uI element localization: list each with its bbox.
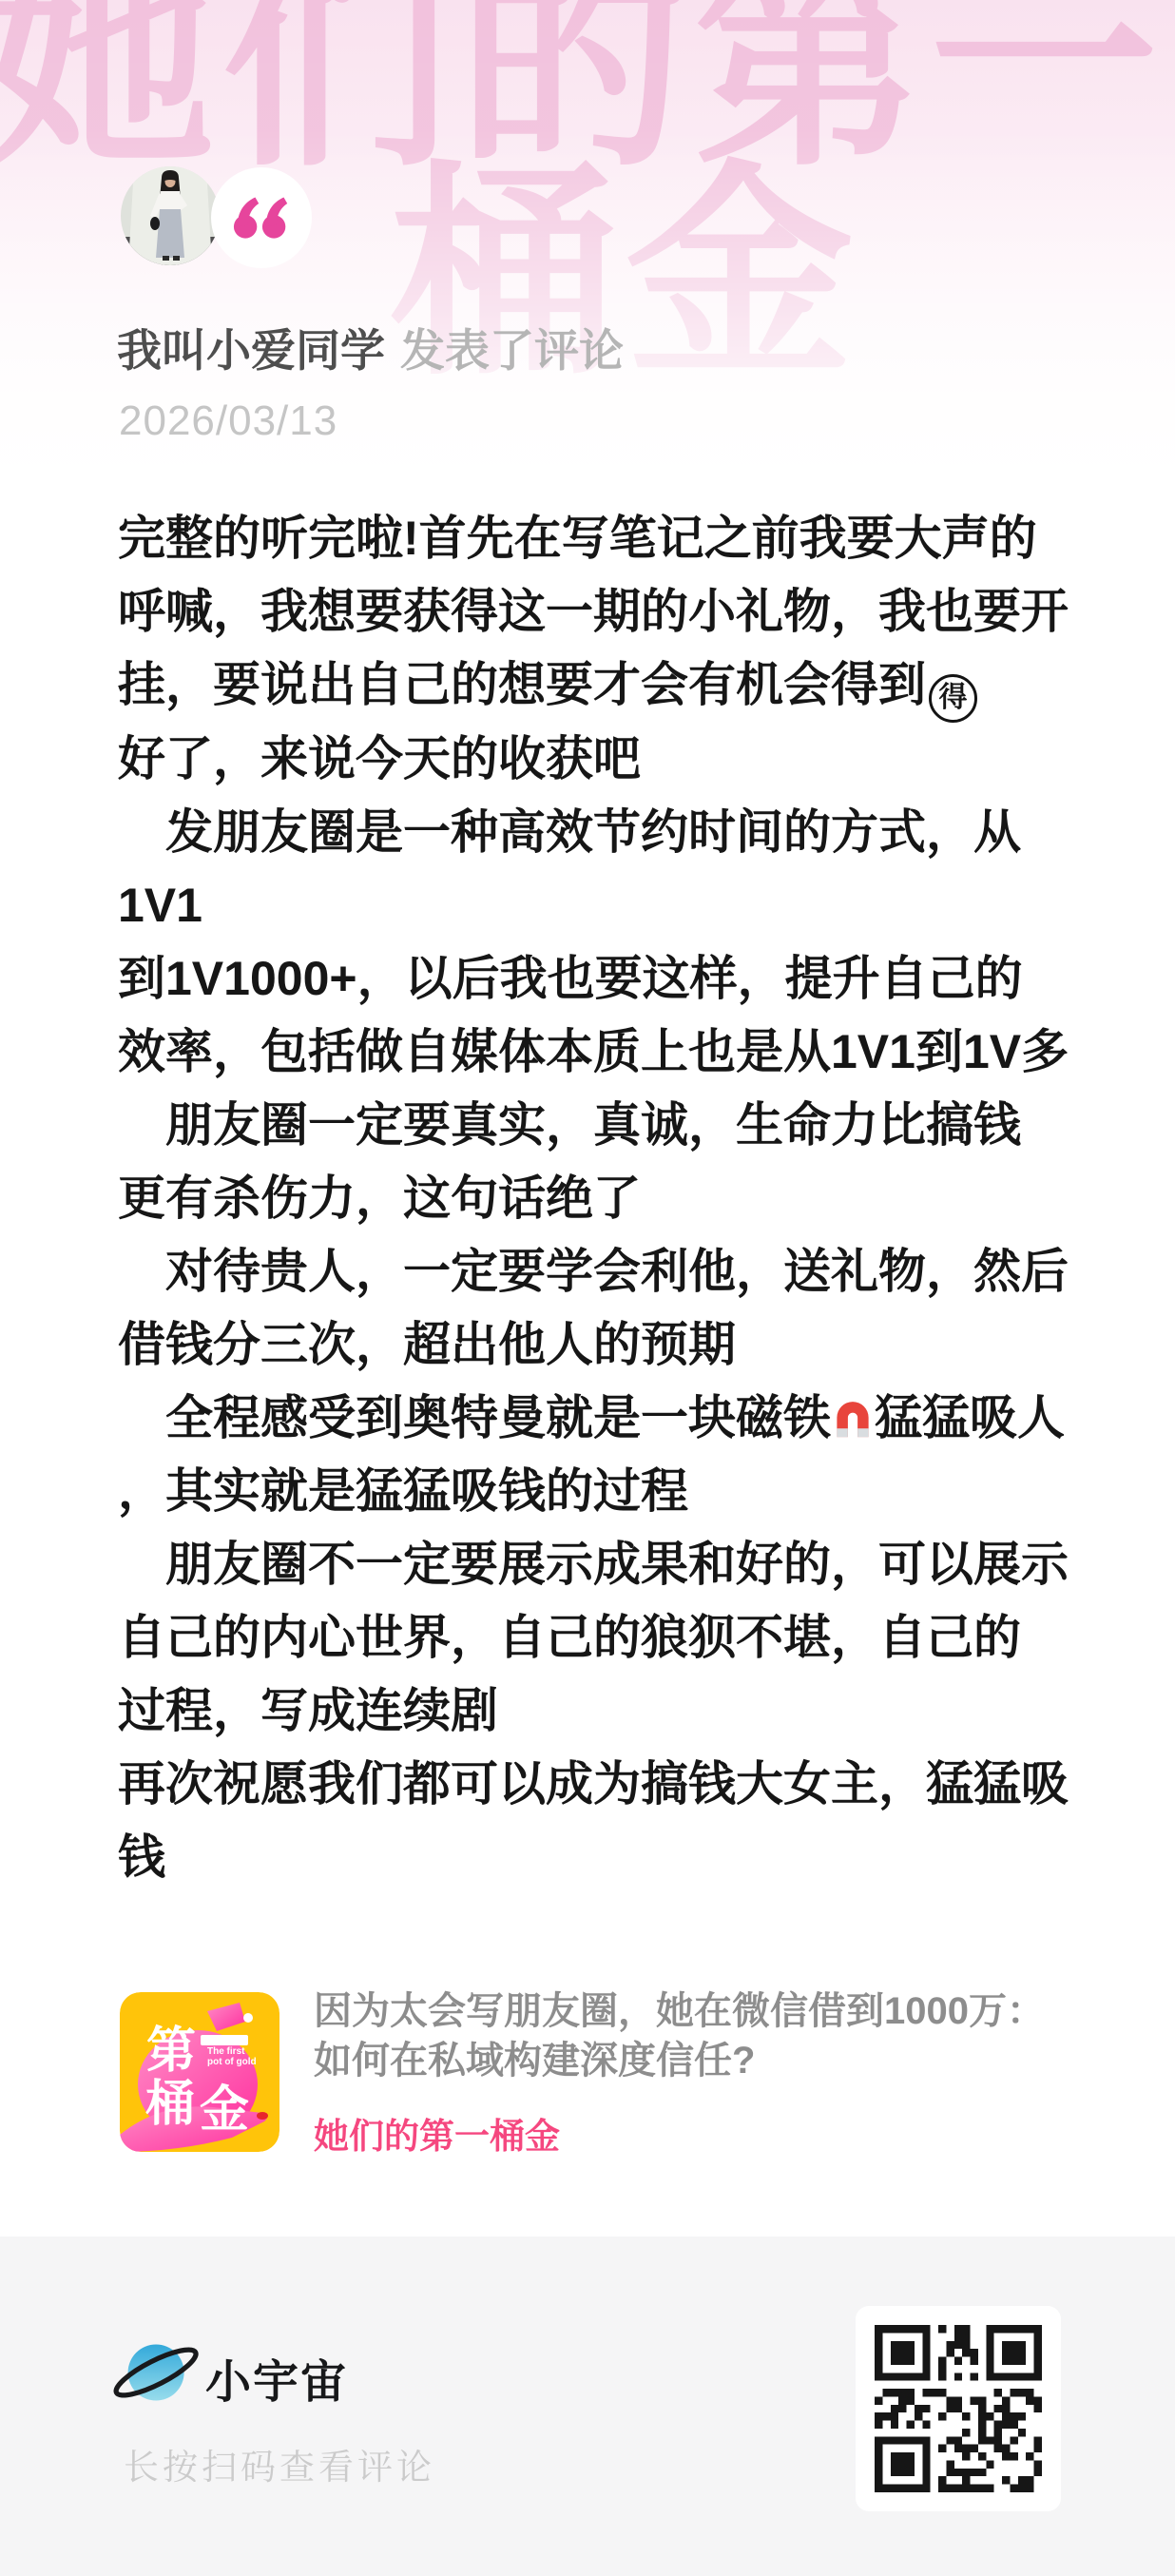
- cover-char-tl: 第: [146, 2024, 196, 2079]
- avatar: [121, 166, 220, 265]
- cover-char-br: 金: [200, 2082, 249, 2138]
- planet-logo-icon: [112, 2334, 203, 2411]
- quote-icon: [233, 196, 290, 240]
- app-name: 小宇宙: [205, 2345, 348, 2411]
- avatar-image: [121, 166, 220, 265]
- episode-card[interactable]: 第 桶 金 The first pot of gold 因为太会写朋友圈，她在微…: [120, 1992, 1063, 2152]
- user-row: 我叫小爱同学发表了评论: [117, 316, 624, 379]
- scan-hint: 长按扫码查看评论: [124, 2438, 435, 2489]
- episode-title: 因为太会写朋友圈，她在微信借到1000万： 如何在私域构建深度信任?: [314, 1986, 1045, 2085]
- cover-subtitle-1: The first: [207, 2046, 245, 2057]
- username: 我叫小爱同学: [117, 325, 385, 376]
- quote-bubble: [211, 167, 312, 268]
- qr-code: [856, 2306, 1061, 2511]
- episode-cover-art: 第 桶 金 The first pot of gold: [120, 1992, 279, 2152]
- circled-de-mark: 得: [929, 674, 977, 723]
- magnet-icon: [831, 1397, 875, 1441]
- share-card: 她们的第一 桶金: [0, 0, 1175, 2576]
- podcast-name: 她们的第一桶金: [314, 2107, 560, 2159]
- cover-char-bl: 桶: [145, 2077, 195, 2132]
- cover-subtitle-2: pot of gold: [207, 2057, 257, 2067]
- comment-date: 2026/03/13: [119, 397, 337, 445]
- action-label: 发表了评论: [400, 325, 624, 376]
- comment-text: 完整的听完啦!首先在写笔记之前我要大声的 呼喊，我想要获得这一期的小礼物，我也要…: [118, 502, 1072, 1894]
